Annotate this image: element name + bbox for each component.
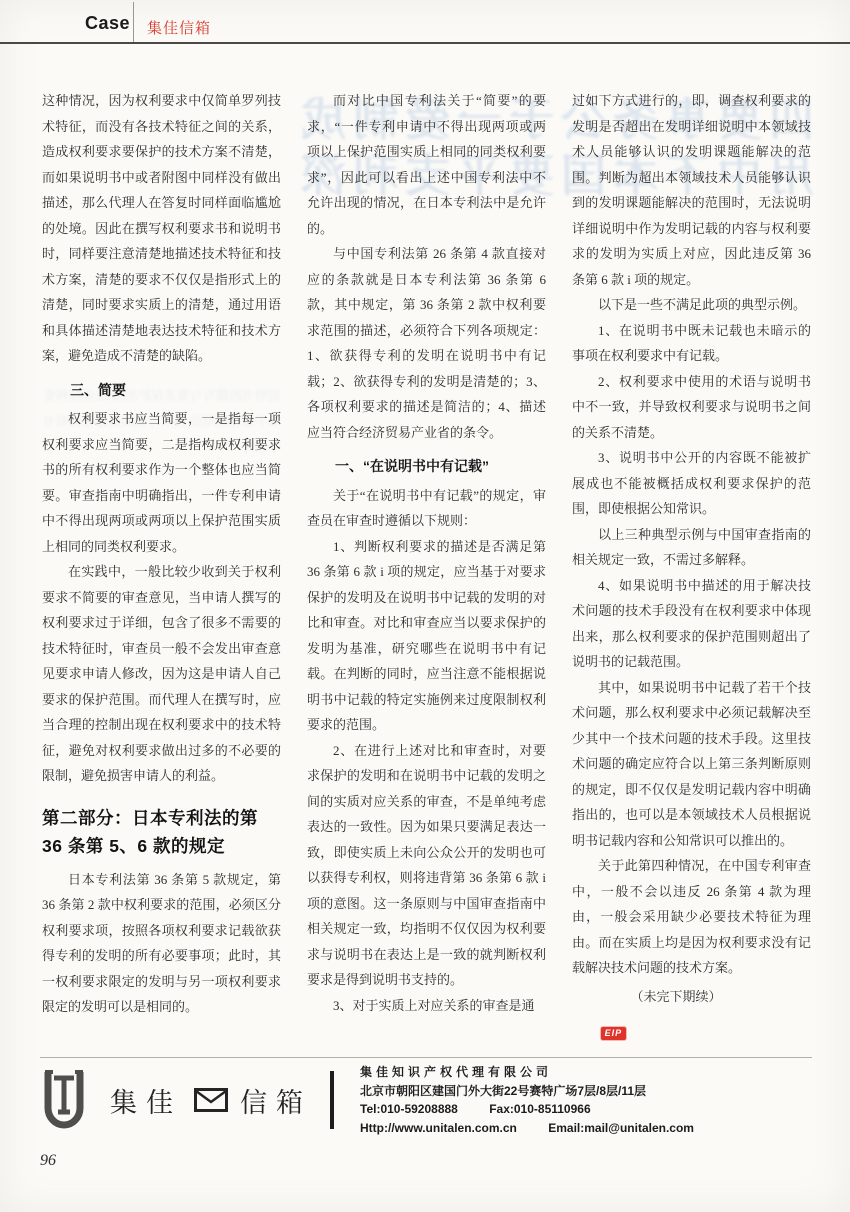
paragraph: 与中国专利法第 26 条第 4 款直接对应的条款就是日本专利法第 36 条第 6… (307, 241, 546, 445)
website-url: Http://www.unitalen.com.cn (360, 1121, 517, 1135)
article-body: 这种情况，因为权利要求中仅简单罗列技术特征，而没有各技术特征之间的关系，造成权利… (42, 88, 811, 1045)
footer-contact-info: 集佳知识产权代理有限公司 北京市朝阳区建国门外大街22号赛特广场7层/8层/11… (360, 1063, 694, 1137)
footer: 集佳 信箱 集佳知识产权代理有限公司 北京市朝阳区建国门外大街22号赛特广场7层… (38, 1062, 814, 1138)
paragraph: 3、对于实质上对应关系的审查是通 (307, 993, 546, 1019)
paragraph: 2、权利要求中使用的术语与说明书中不一致，并导致权利要求与说明书之间的关系不清楚… (572, 369, 811, 446)
paragraph: 在实践中，一般比较少收到关于权利要求不简要的审查意见，当申请人撰写的权利要求过于… (42, 559, 281, 789)
to-be-continued-note: （未完下期续） (572, 984, 811, 1010)
email-address: Email:mail@unitalen.com (548, 1121, 694, 1135)
tel-number: Tel:010-59208888 (360, 1102, 458, 1116)
page-number: 96 (40, 1152, 56, 1170)
header-case-label: Case (85, 13, 130, 34)
paragraph: 其中，如果说明书中记载了若干个技术问题，那么权利要求中必须记载解决至少其中一个技… (572, 675, 811, 854)
footer-logotype: 集佳 信箱 (110, 1081, 312, 1120)
paragraph: 关于此第四种情况，在中国专利审查中，一般不会以违反 26 条第 4 款为理由，一… (572, 853, 811, 981)
section-heading: 三、简要 (42, 378, 281, 404)
header-rule (0, 42, 850, 44)
company-address: 北京市朝阳区建国门外大街22号赛特广场7层/8层/11层 (360, 1082, 694, 1101)
paragraph: 权利要求书应当简要，一是指每一项权利要求应当简要，二是指构成权利要求书的所有权利… (42, 406, 281, 559)
text-column-3: 过如下方式进行的，即，调查权利要求的发明是否超出在发明详细说明中本领域技术人员能… (572, 88, 811, 1045)
web-line: Http://www.unitalen.com.cn Email:mail@un… (360, 1119, 694, 1138)
paragraph: 而对比中国专利法关于“简要”的要求，“一件专利申请中不得出现两项或两项以上保护范… (307, 88, 546, 241)
unitalen-logo-icon (40, 1068, 88, 1132)
paragraph: 4、如果说明书中描述的用于解决技术问题的技术手段没有在权利要求中体现出来，那么权… (572, 573, 811, 675)
text-column-2: 而对比中国专利法关于“简要”的要求，“一件专利申请中不得出现两项或两项以上保护范… (307, 88, 546, 1045)
paragraph: 以下是一些不满足此项的典型示例。 (572, 292, 811, 318)
paragraph: 过如下方式进行的，即，调查权利要求的发明是否超出在发明详细说明中本领域技术人员能… (572, 88, 811, 292)
paragraph: 以上三种典型示例与中国审查指南的相关规定一致，不需过多解释。 (572, 522, 811, 573)
eip-badge-row: EIP (601, 1019, 811, 1045)
paragraph: 日本专利法第 36 条第 5 款规定，第 36 条第 2 款中权利要求的范围，必… (42, 867, 281, 1020)
footer-divider-bar (330, 1071, 334, 1129)
paragraph: 这种情况，因为权利要求中仅简单罗列技术特征，而没有各技术特征之间的关系，造成权利… (42, 88, 281, 369)
paragraph: 3、说明书中公开的内容既不能被扩展成也不能被概括成权利要求保护的范围，即使根据公… (572, 445, 811, 522)
magazine-page: Case 集佳信箱 四要事务公于一爱制成用中不本国要平支利深宝 说明书的撰写与要… (0, 0, 850, 1212)
fax-number: Fax:010-85110966 (489, 1102, 590, 1116)
paragraph: 关于“在说明书中有记载”的规定，审查员在审查时遵循以下规则： (307, 483, 546, 534)
part-heading: 第二部分：日本专利法的第 36 条第 5、6 款的规定 (42, 804, 281, 860)
footer-rule (40, 1057, 812, 1058)
header-column-title: 集佳信箱 (147, 17, 211, 38)
envelope-icon (194, 1088, 228, 1112)
header-divider (133, 2, 134, 42)
paragraph: 1、在说明书中既未记载也未暗示的事项在权利要求中有记载。 (572, 318, 811, 369)
eip-logo-badge: EIP (601, 1027, 627, 1040)
section-heading: 一、“在说明书中有记载” (307, 454, 546, 480)
paragraph: 1、判断权利要求的描述是否满足第 36 条第 6 款 i 项的规定，应当基于对要… (307, 534, 546, 738)
phone-line: Tel:010-59208888 Fax:010-85110966 (360, 1100, 694, 1119)
logotype-left: 集佳 (110, 1081, 182, 1120)
text-column-1: 这种情况，因为权利要求中仅简单罗列技术特征，而没有各技术特征之间的关系，造成权利… (42, 88, 281, 1045)
company-name: 集佳知识产权代理有限公司 (360, 1063, 694, 1082)
paragraph: 2、在进行上述对比和审查时，对要求保护的发明和在说明书中记载的发明之间的实质对应… (307, 738, 546, 993)
logotype-right: 信箱 (240, 1081, 312, 1120)
